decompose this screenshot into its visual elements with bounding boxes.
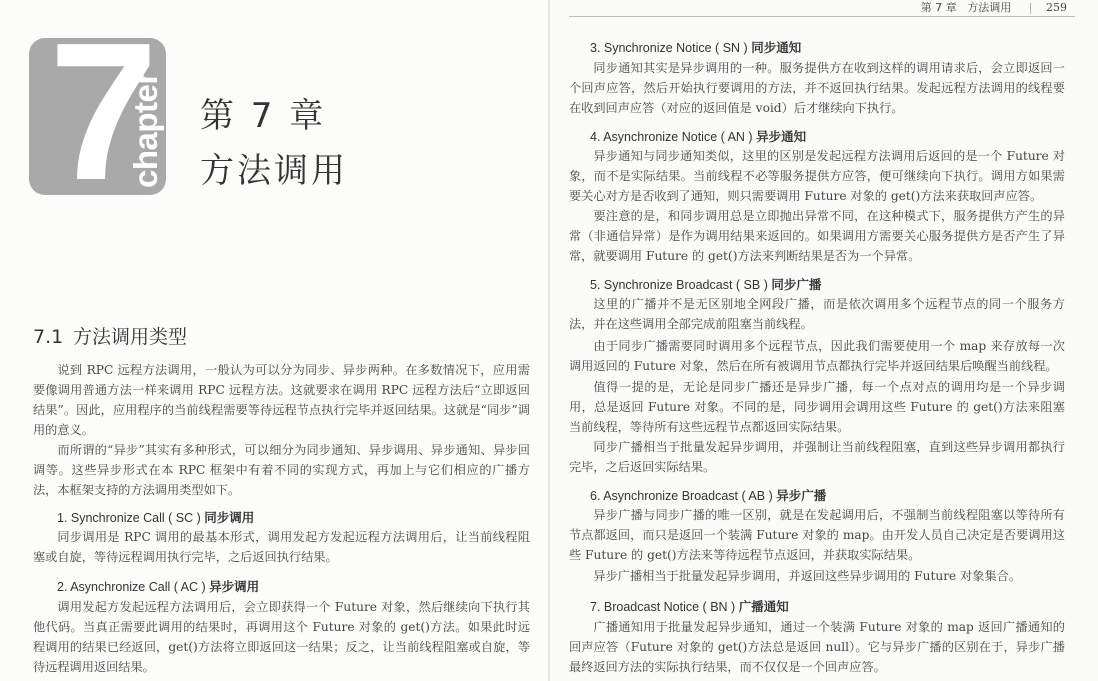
paragraph: 同步通知其实是异步调用的一种。服务提供方在收到这样的调用请求后，会立即返回一个回… — [569, 58, 1065, 118]
paragraph: 这里的广播并不是无区别地全网段广播，而是依次调用多个远程节点的同一个服务方法，并… — [569, 294, 1065, 334]
paragraph: 异步广播与同步广播的唯一区别，就是在发起调用后，不强制当前线程阻塞以等待所有节点… — [569, 505, 1065, 565]
running-head: 第 7 章 方法调用 | 259 — [569, 0, 1075, 17]
item-heading-cn: 同步通知 — [751, 40, 801, 55]
paragraph: 调用发起方发起远程方法调用后，会立即获得一个 Future 对象，然后继续向下执… — [33, 597, 530, 677]
item-heading-bn: 7. Broadcast Notice ( BN ) 广播通知 — [590, 597, 789, 615]
left-page: 7 chapter 第 7 章 方法调用 7.1方法调用类型 说到 RPC 远程… — [0, 0, 549, 681]
item-heading-cn: 广播通知 — [739, 599, 789, 614]
paragraph: 异步广播相当于批量发起异步调用，并返回这些异步调用的 Future 对象集合。 — [569, 566, 1065, 586]
item-heading-sc: 1. Synchronize Call ( SC ) 同步调用 — [57, 508, 254, 526]
item-heading-sb: 5. Synchronize Broadcast ( SB ) 同步广播 — [590, 275, 821, 293]
section-heading: 7.1方法调用类型 — [33, 322, 187, 349]
chapter-title: 方法调用 — [200, 143, 348, 192]
item-heading-ab: 6. Asynchronize Broadcast ( AB ) 异步广播 — [590, 486, 826, 504]
paragraph: 值得一提的是，无论是同步广播还是异步广播，每一个点对点的调用均是一个异步调用，总… — [569, 377, 1065, 437]
running-head-chapter: 第 7 章 — [921, 1, 957, 14]
item-heading-cn: 同步调用 — [204, 510, 254, 525]
item-heading-ac: 2. Asynchronize Call ( AC ) 异步调用 — [57, 577, 259, 595]
item-heading-cn: 异步调用 — [209, 579, 259, 594]
paragraph: 异步通知与同步通知类似，这里的区别是发起远程方法调用后返回的是一个 Future… — [569, 146, 1065, 206]
chapter-title-number: 第 7 章 — [200, 88, 326, 137]
item-heading-an: 4. Asynchronize Notice ( AN ) 异步通知 — [590, 127, 806, 145]
paragraph: 同步调用是 RPC 调用的最基本形式，调用发起方发起远程方法调用后，让当前线程阻… — [33, 527, 530, 567]
item-heading-en: 2. Asynchronize Call ( AC ) — [57, 580, 206, 594]
section-title: 方法调用类型 — [73, 326, 187, 348]
item-heading-cn: 异步广播 — [776, 488, 826, 503]
item-heading-en: 3. Synchronize Notice ( SN ) — [590, 41, 748, 55]
divider: | — [1029, 0, 1033, 16]
chapter-badge: 7 chapter — [29, 38, 166, 195]
paragraph: 广播通知用于批量发起异步通知，通过一个装满 Future 对象的 map 返回广… — [569, 617, 1065, 677]
item-heading-en: 6. Asynchronize Broadcast ( AB ) — [590, 489, 773, 503]
paragraph: 要注意的是，和同步调用总是立即抛出异常不同，在这种模式下，服务提供方产生的异常（… — [569, 206, 1065, 266]
paragraph: 同步广播相当于批量发起异步调用，并强制让当前线程阻塞，直到这些异步调用都执行完毕… — [569, 437, 1065, 477]
item-heading-en: 4. Asynchronize Notice ( AN ) — [590, 130, 753, 144]
running-head-title: 方法调用 — [967, 1, 1011, 14]
paragraph: 由于同步广播需要同时调用多个远程节点，因此我们需要使用一个 map 来存放每一次… — [569, 336, 1065, 376]
item-heading-en: 7. Broadcast Notice ( BN ) — [590, 600, 735, 614]
page-number: 259 — [1046, 1, 1067, 14]
item-heading-en: 5. Synchronize Broadcast ( SB ) — [590, 278, 768, 292]
item-heading-cn: 异步通知 — [756, 129, 806, 144]
item-heading-sn: 3. Synchronize Notice ( SN ) 同步通知 — [590, 38, 801, 56]
item-heading-cn: 同步广播 — [771, 277, 821, 292]
section-number: 7.1 — [33, 326, 73, 348]
item-heading-en: 1. Synchronize Call ( SC ) — [57, 511, 201, 525]
paragraph: 而所谓的“异步”其实有多种形式，可以细分为同步通知、异步调用、异步通知、异步回调… — [33, 440, 530, 500]
chapter-word: chapter — [127, 72, 165, 188]
paragraph: 说到 RPC 远程方法调用，一般认为可以分为同步、异步两种。在多数情况下，应用需… — [33, 360, 530, 440]
